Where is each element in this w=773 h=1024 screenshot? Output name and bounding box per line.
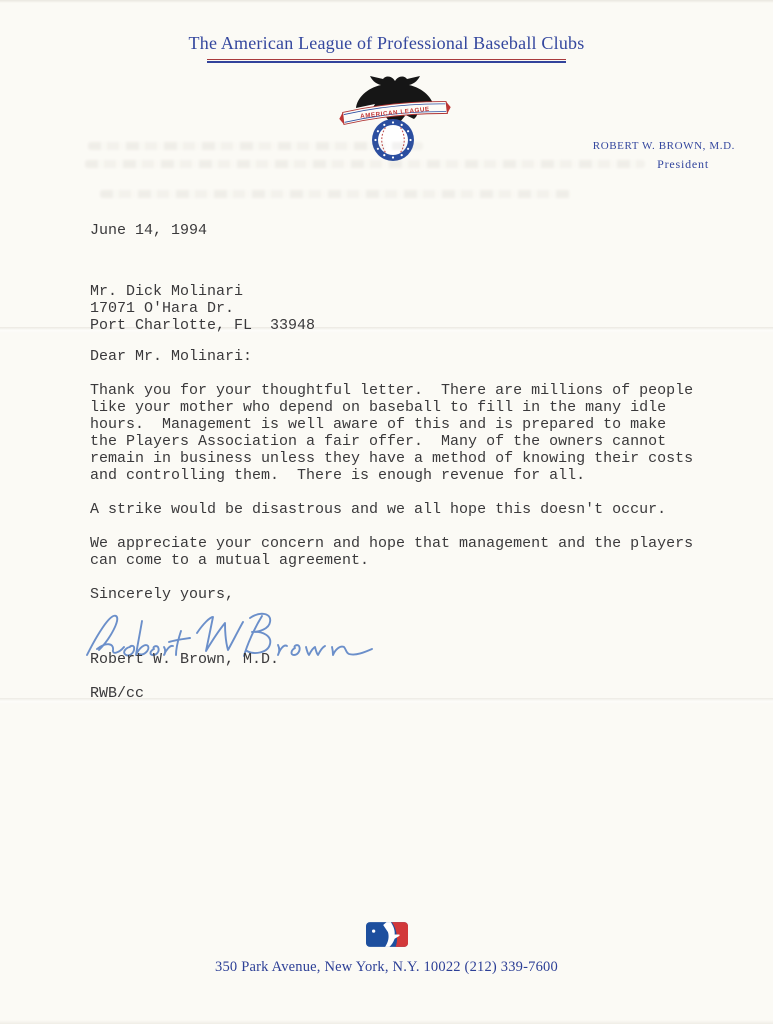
recipient-address: Mr. Dick Molinari 17071 O'Hara Dr. Port … [90, 283, 720, 334]
letterhead-divider [207, 59, 566, 64]
closing: Sincerely yours, [90, 586, 720, 603]
scanned-letter-page: The American League of Professional Base… [0, 0, 773, 1024]
signer-name: Robert W. Brown, M.D. [90, 651, 720, 668]
paragraph: Thank you for your thoughtful letter. Th… [90, 382, 720, 484]
eagle-baseball-icon: AMERICAN LEAGUE [339, 74, 451, 166]
footer-address: 350 Park Avenue, New York, N.Y. 10022 (2… [0, 959, 773, 976]
paragraph: We appreciate your concern and hope that… [90, 535, 720, 569]
officer-name: ROBERT W. BROWN, M.D. [593, 140, 735, 152]
ink-transfer-artifact [88, 142, 423, 150]
reference-initials: RWB/cc [90, 685, 720, 702]
american-league-logo: AMERICAN LEAGUE [339, 74, 451, 171]
handwritten-signature [84, 605, 720, 651]
ink-transfer-artifact [100, 190, 570, 198]
divider-blue-line [207, 61, 566, 63]
mlb-logo-icon [366, 922, 408, 952]
ink-transfer-artifact [85, 160, 645, 168]
salutation: Dear Mr. Molinari: [90, 348, 720, 365]
baseball-icon [372, 119, 414, 161]
letter-body: June 14, 1994 Mr. Dick Molinari 17071 O'… [90, 222, 720, 719]
letter-date: June 14, 1994 [90, 222, 720, 239]
divider-red-line [207, 59, 566, 60]
paragraph: A strike would be disastrous and we all … [90, 501, 720, 518]
organization-name: The American League of Professional Base… [0, 33, 773, 54]
